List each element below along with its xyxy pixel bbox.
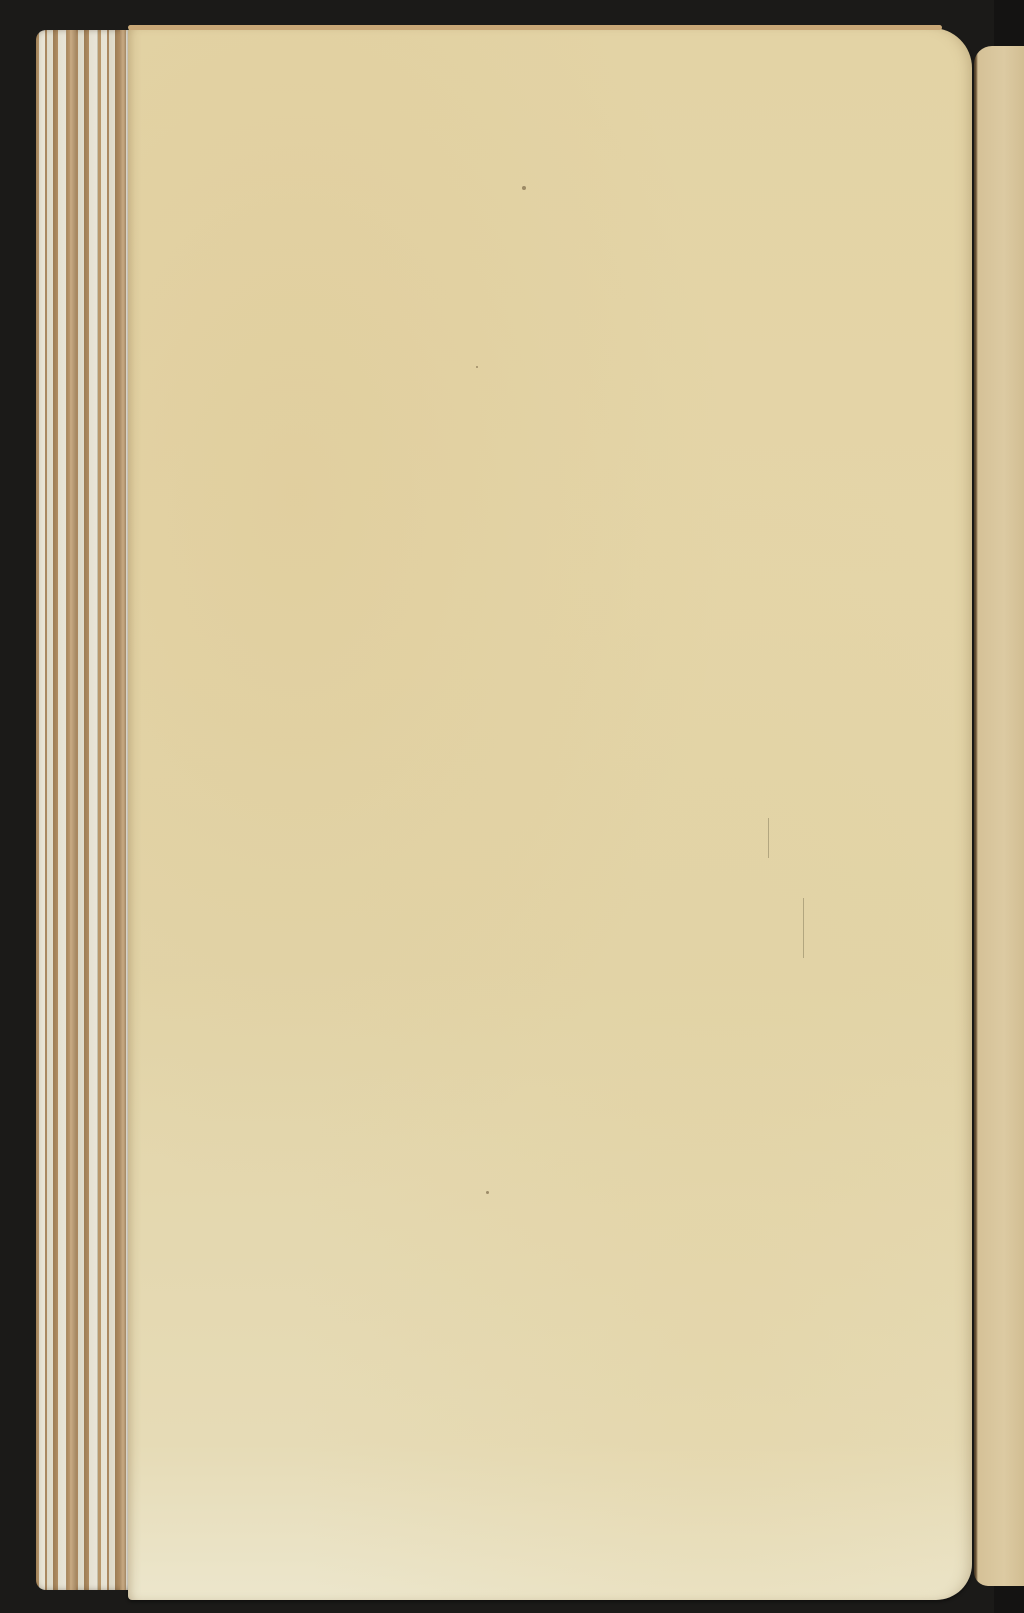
paper-crease xyxy=(768,818,769,858)
foxing-spot xyxy=(522,186,526,190)
foxing-spot xyxy=(486,1191,489,1194)
page-top-edge xyxy=(128,25,942,30)
facing-page-edge xyxy=(974,46,1024,1586)
paper-crease xyxy=(803,898,804,958)
book-photograph xyxy=(0,0,1024,1613)
page-edge-brown-band xyxy=(66,30,76,1590)
page-edges-stack xyxy=(36,30,136,1590)
foxing-spot xyxy=(476,366,478,368)
blank-book-page xyxy=(128,28,972,1600)
page-edge-brown-band xyxy=(120,30,126,1590)
